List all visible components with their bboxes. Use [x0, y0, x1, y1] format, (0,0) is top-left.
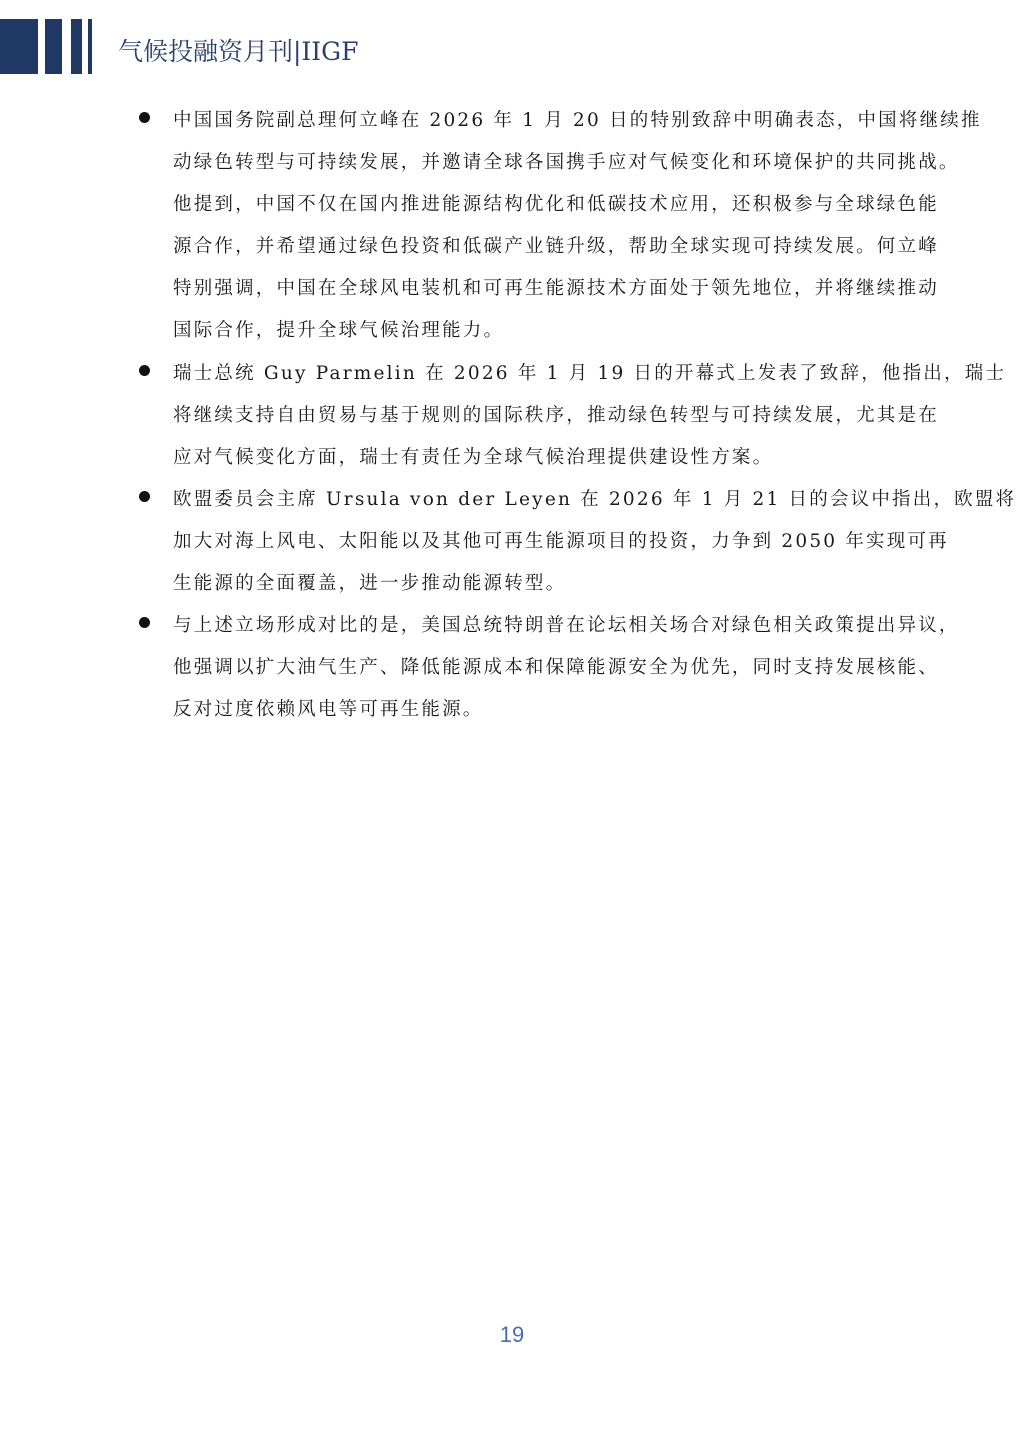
publication-title: 气候投融资月刊|IIGF	[118, 32, 359, 68]
paragraph-line: 特别强调，中国在全球风电装机和可再生能源技术方面处于领先地位，并将继续推动	[173, 274, 939, 300]
paragraph-line: 加大对海上风电、太阳能以及其他可再生能源项目的投资，力争到 2050 年实现可再	[173, 527, 949, 553]
logo-bar-2	[45, 19, 62, 74]
logo-bar-4	[88, 19, 92, 74]
page-number: 19	[0, 1322, 1024, 1348]
paragraph-line: 生能源的全面覆盖，进一步推动能源转型。	[173, 569, 566, 595]
bullet-dot-icon	[139, 365, 150, 376]
logo-bar-1	[0, 19, 38, 74]
paragraph-line: 瑞士总统 Guy Parmelin 在 2026 年 1 月 19 日的开幕式上…	[173, 359, 1006, 385]
paragraph-line: 他提到，中国不仅在国内推进能源结构优化和低碳技术应用，还积极参与全球绿色能	[173, 190, 939, 216]
bullet-dot-icon	[139, 491, 150, 502]
logo-bar-3	[71, 19, 82, 74]
paragraph-line: 欧盟委员会主席 Ursula von der Leyen 在 2026 年 1 …	[173, 485, 1016, 511]
paragraph-line: 将继续支持自由贸易与基于规则的国际秩序，推动绿色转型与可持续发展，尤其是在	[173, 401, 939, 427]
paragraph-line: 源合作，并希望通过绿色投资和低碳产业链升级，帮助全球实现可持续发展。何立峰	[173, 232, 939, 258]
bullet-dot-icon	[139, 617, 150, 628]
paragraph-line: 动绿色转型与可持续发展，并邀请全球各国携手应对气候变化和环境保护的共同挑战。	[173, 148, 960, 174]
paragraph-line: 与上述立场形成对比的是，美国总统特朗普在论坛相关场合对绿色相关政策提出异议，	[173, 611, 960, 637]
bullet-dot-icon	[139, 112, 150, 123]
paragraph-line: 反对过度依赖风电等可再生能源。	[173, 695, 484, 721]
paragraph-line: 他强调以扩大油气生产、降低能源成本和保障能源安全为优先，同时支持发展核能、	[173, 653, 939, 679]
paragraph-line: 国际合作，提升全球气候治理能力。	[173, 316, 504, 342]
paragraph-line: 应对气候变化方面，瑞士有责任为全球气候治理提供建设性方案。	[173, 443, 773, 469]
paragraph-line: 中国国务院副总理何立峰在 2026 年 1 月 20 日的特别致辞中明确表态，中…	[173, 106, 982, 132]
